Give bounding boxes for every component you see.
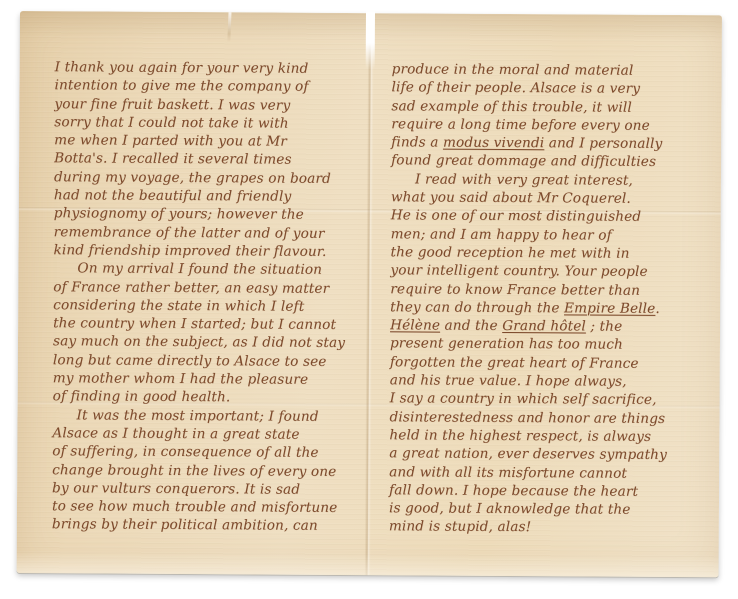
line-text: considering the state in which I left — [53, 297, 304, 315]
handwritten-line: to see how much trouble and misfortune — [52, 497, 364, 517]
line-text: produce in the moral and material — [392, 61, 634, 78]
handwritten-line: is good, but I aknowledge that the — [389, 499, 719, 519]
line-text: physiognomy of yours; however the — [54, 206, 304, 224]
line-text: Alsace as I thought in a great state — [52, 425, 299, 443]
line-text: life of their people. Alsace is a very — [391, 80, 640, 98]
handwritten-line: physiognomy of yours; however the — [54, 205, 366, 225]
handwritten-line: my mother whom I had the pleasure — [53, 369, 365, 389]
center-leaf-gap — [366, 11, 375, 69]
line-text: had not the beautiful and friendly — [54, 187, 292, 204]
handwritten-line: a great nation, ever deserves sympathy — [389, 444, 719, 464]
handwritten-line: had not the beautiful and friendly — [54, 186, 366, 206]
handwritten-line: require a long time before every one — [391, 115, 721, 135]
line-text: I say a country in which self sacrifice, — [390, 391, 657, 409]
scanned-letter-scene: I thank you again for your very kindinte… — [0, 0, 738, 599]
line-text: what you said about Mr Coquerel. — [391, 189, 631, 206]
line-text: fall down. I hope because the heart — [389, 482, 638, 500]
line-text: sad example of this trouble, it will — [391, 98, 632, 115]
line-text: change brought in the lives of every one — [52, 462, 336, 480]
line-text: by our vulturs conquerors. It is sad — [52, 480, 300, 498]
line-text: On my arrival I found the situation — [77, 261, 322, 278]
handwritten-line: require to know France better than — [390, 280, 720, 300]
handwritten-line: the country when I started; but I cannot — [53, 314, 365, 334]
handwritten-line: present generation has too much — [390, 335, 720, 355]
handwritten-line: the good reception he met with in — [390, 243, 720, 263]
line-text: finds a — [391, 134, 443, 150]
handwritten-line: I thank you again for your very kind — [55, 58, 367, 78]
line-text: say much on the subject, as I did not st… — [53, 334, 345, 352]
line-text: my mother whom I had the pleasure — [53, 370, 309, 388]
line-text: your intelligent country. Your people — [390, 263, 647, 281]
handwritten-line: change brought in the lives of every one — [52, 461, 364, 481]
line-text: long but came directly to Alsace to see — [53, 352, 327, 370]
line-text: intention to give me the company of — [54, 78, 308, 96]
line-text: men; and I am happy to hear of — [391, 226, 612, 243]
handwritten-line: fall down. I hope because the heart — [389, 481, 719, 501]
line-text: I read with very great interest, — [415, 171, 633, 188]
line-text: and I personally — [544, 135, 662, 152]
letter-page-right: produce in the moral and materiallife of… — [389, 60, 722, 538]
line-text: He is one of our most distinguished — [391, 208, 642, 226]
handwritten-line: of finding in good health. — [53, 388, 365, 408]
line-text: is good, but I aknowledge that the — [389, 500, 631, 517]
handwritten-line: disinterestedness and honor are things — [389, 408, 719, 428]
handwritten-line: during my voyage, the grapes on board — [54, 168, 366, 188]
line-text: and the — [440, 318, 502, 334]
line-text: me when I parted with you at Mr — [54, 132, 287, 149]
line-text: held in the highest respect, is always — [389, 427, 651, 445]
line-text: sorry that I could not take it with — [54, 114, 288, 131]
handwritten-line: considering the state in which I left — [53, 296, 365, 316]
handwritten-line: forgotten the great heart of France — [390, 353, 720, 373]
handwritten-line: I say a country in which self sacrifice, — [390, 390, 720, 410]
line-text: kind friendship improved their flavour. — [53, 242, 326, 260]
line-text: ; the — [586, 319, 622, 335]
handwritten-line: of France rather better, an easy matter — [53, 278, 365, 298]
line-text: remembrance of the latter and of your — [54, 224, 325, 242]
line-text: present generation has too much — [390, 336, 623, 353]
handwritten-line: say much on the subject, as I did not st… — [53, 333, 365, 353]
handwritten-line: brings by their political ambition, can — [52, 516, 364, 536]
line-text: I thank you again for your very kind — [55, 59, 309, 77]
line-text: the country when I started; but I cannot — [53, 315, 336, 333]
line-text: . — [655, 301, 660, 317]
letter-paper: I thank you again for your very kindinte… — [17, 11, 722, 577]
letter-page-left: I thank you again for your very kindinte… — [52, 58, 367, 536]
handwritten-line: found great dommage and difficulties — [391, 152, 721, 172]
handwritten-line: men; and I am happy to hear of — [391, 225, 721, 245]
handwritten-line: me when I parted with you at Mr — [54, 131, 366, 151]
handwritten-line: and his true value. I hope always, — [390, 371, 720, 391]
handwritten-line: sad example of this trouble, it will — [391, 97, 721, 117]
line-text: forgotten the great heart of France — [390, 354, 639, 372]
line-text: of suffering, in consequence of all the — [52, 443, 318, 461]
underlined-phrase: modus vivendi — [443, 135, 544, 152]
line-text: brings by their political ambition, can — [52, 517, 318, 535]
handwritten-line: of suffering, in consequence of all the — [52, 442, 364, 462]
handwritten-line: your intelligent country. Your people — [390, 262, 720, 282]
handwritten-line: finds a modus vivendi and I personally — [391, 133, 721, 153]
line-text: of France rather better, an easy matter — [53, 279, 329, 297]
handwritten-line: long but came directly to Alsace to see — [53, 351, 365, 371]
handwritten-line: by our vulturs conquerors. It is sad — [52, 479, 364, 499]
handwritten-line: mind is stupid, alas! — [389, 518, 719, 538]
handwritten-line: Alsace as I thought in a great state — [52, 424, 364, 444]
underlined-phrase: Grand hôtel — [502, 318, 586, 335]
line-text: found great dommage and difficulties — [391, 153, 656, 171]
line-text: to see how much trouble and misfortune — [52, 498, 338, 516]
line-text: and with all its misfortune cannot — [389, 464, 627, 481]
line-text: a great nation, ever deserves sympathy — [389, 445, 667, 463]
line-text: require a long time before every one — [391, 116, 650, 134]
handwritten-line: I read with very great interest, — [391, 170, 721, 190]
handwritten-line: He is one of our most distinguished — [391, 207, 721, 227]
handwritten-line: kind friendship improved their flavour. — [53, 241, 365, 261]
line-text: and his true value. I hope always, — [390, 372, 627, 389]
handwritten-line: held in the highest respect, is always — [389, 426, 719, 446]
handwritten-line: they can do through the Empire Belle. — [390, 298, 720, 318]
handwritten-line: remembrance of the latter and of your — [54, 223, 366, 243]
line-text: your fine fruit baskett. I was very — [54, 96, 290, 113]
line-text: the good reception he met with in — [390, 244, 629, 261]
line-text: Botta's. I recalled it several times — [54, 151, 292, 168]
handwritten-line: your fine fruit baskett. I was very — [54, 95, 366, 115]
handwritten-line: and with all its misfortune cannot — [389, 463, 719, 483]
underlined-phrase: Empire Belle — [564, 300, 655, 317]
handwritten-line: Hélène and the Grand hôtel ; the — [390, 316, 720, 336]
handwritten-line: On my arrival I found the situation — [53, 259, 365, 279]
line-text: It was the most important; I found — [76, 407, 318, 424]
line-text: disinterestedness and honor are things — [389, 409, 665, 427]
line-text: mind is stupid, alas! — [389, 519, 532, 536]
line-text: of finding in good health. — [53, 389, 231, 406]
handwritten-line: what you said about Mr Coquerel. — [391, 188, 721, 208]
handwritten-line: Botta's. I recalled it several times — [54, 150, 366, 170]
handwritten-line: produce in the moral and material — [392, 60, 722, 80]
handwritten-line: life of their people. Alsace is a very — [391, 79, 721, 99]
underlined-phrase: Hélène — [390, 317, 440, 333]
line-text: require to know France better than — [390, 281, 640, 299]
line-text: during my voyage, the grapes on board — [54, 169, 331, 187]
handwritten-line: It was the most important; I found — [52, 406, 364, 426]
handwritten-line: intention to give me the company of — [54, 77, 366, 97]
fold-tear-mark — [227, 12, 231, 42]
handwritten-line: sorry that I could not take it with — [54, 113, 366, 133]
line-text: they can do through the — [390, 299, 564, 316]
